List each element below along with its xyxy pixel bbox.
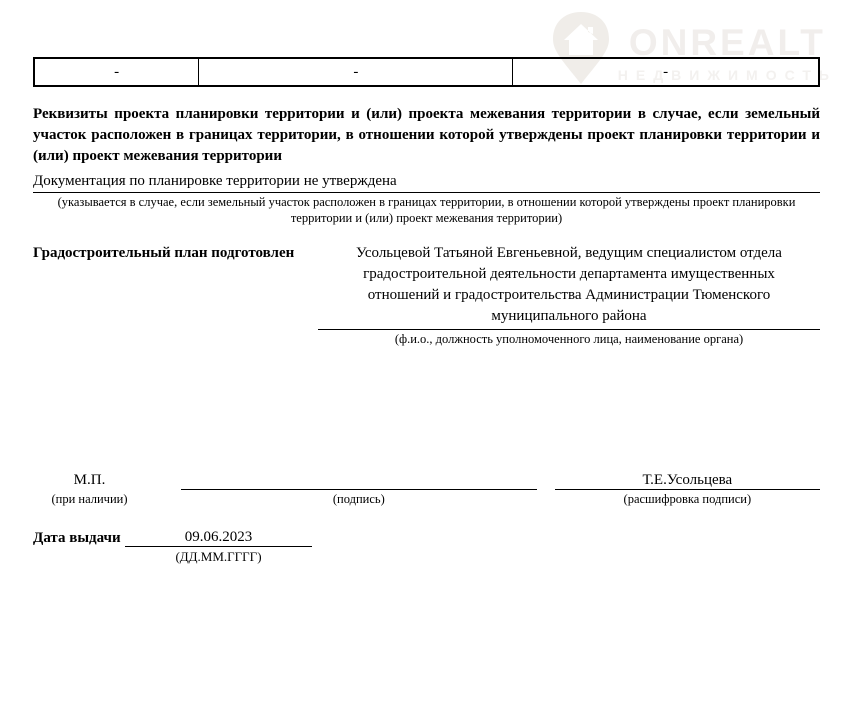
signature-row: М.П. (при наличии) (подпись) Т.Е.Усольце… [33,472,820,508]
watermark-brand: ONREALT [629,24,826,61]
requisites-table: - - - [33,57,820,87]
issue-date-caption: (ДД.ММ.ГГГГ) [125,548,312,565]
signature-name-caption: (расшифровка подписи) [555,491,820,508]
table-row: - - - [34,58,819,86]
prepared-by-value: Усольцевой Татьяной Евгеньевной, ведущим… [318,243,820,330]
documentation-status-caption: (указывается в случае, если земельный уч… [48,194,806,226]
prepared-by-section: Градостроительный план подготовлен Усоль… [33,243,820,348]
documentation-status-line: Документация по планировке территории не… [33,172,820,193]
prepared-by-label: Градостроительный план подготовлен [33,243,318,348]
stamp-caption: (при наличии) [33,491,146,508]
prepared-by-value-text: Усольцевой Татьяной Евгеньевной, ведущим… [335,243,803,327]
signature-block: (подпись) [181,472,537,508]
document-page: - - - Реквизиты проекта планировки терри… [0,57,853,565]
table-cell-2: - [199,58,513,86]
issue-date-row: Дата выдачи 09.06.2023 (ДД.ММ.ГГГГ) [33,529,820,565]
prepared-by-caption: (ф.и.о., должность уполномоченного лица,… [318,331,820,348]
prepared-by-column: Усольцевой Татьяной Евгеньевной, ведущим… [318,243,820,348]
signature-line [181,472,537,490]
table-cell-3: - [513,58,819,86]
stamp-block: М.П. (при наличии) [33,472,146,508]
signature-name-block: Т.Е.Усольцева (расшифровка подписи) [555,472,820,508]
table-cell-1: - [34,58,199,86]
issue-date-value: 09.06.2023 [125,529,312,547]
stamp-label: М.П. [33,472,146,490]
issue-date-column: 09.06.2023 (ДД.ММ.ГГГГ) [125,529,312,565]
issue-date-label: Дата выдачи [33,529,125,547]
requisites-heading: Реквизиты проекта планировки территории … [33,104,820,167]
signature-name: Т.Е.Усольцева [555,472,820,490]
signature-caption: (подпись) [181,491,537,508]
